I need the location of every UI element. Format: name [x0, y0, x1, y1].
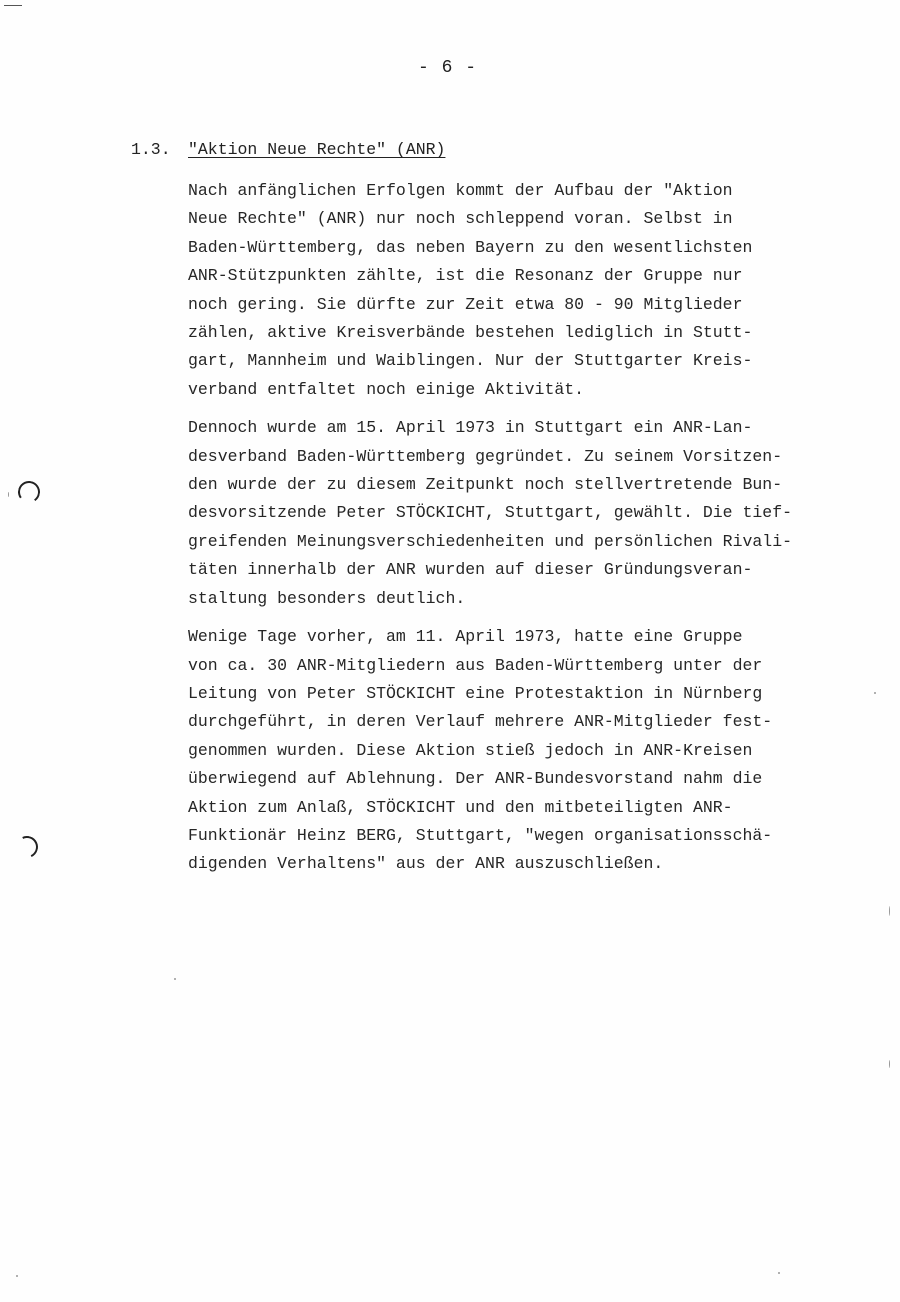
- scan-speck: [778, 1272, 780, 1274]
- text-line: Dennoch wurde am 15. April 1973 in Stutt…: [188, 414, 878, 442]
- scan-speck: [889, 906, 890, 916]
- text-line: durchgeführt, in deren Verlauf mehrere A…: [188, 708, 878, 736]
- text-line: digenden Verhaltens" aus der ANR auszusc…: [188, 850, 878, 878]
- text-line: desverband Baden-Württemberg gegründet. …: [188, 443, 878, 471]
- text-line: von ca. 30 ANR-Mitgliedern aus Baden-Wür…: [188, 652, 878, 680]
- scan-speck: [889, 1060, 890, 1068]
- text-line: Baden-Württemberg, das neben Bayern zu d…: [188, 234, 878, 262]
- text-line: Aktion zum Anlaß, STÖCKICHT und den mitb…: [188, 794, 878, 822]
- body-text: Nach anfänglichen Erfolgen kommt der Auf…: [188, 177, 878, 889]
- text-line: überwiegend auf Ablehnung. Der ANR-Bunde…: [188, 765, 878, 793]
- text-line: Nach anfänglichen Erfolgen kommt der Auf…: [188, 177, 878, 205]
- section-heading: 1.3."Aktion Neue Rechte" (ANR): [131, 140, 445, 159]
- text-line: Wenige Tage vorher, am 11. April 1973, h…: [188, 623, 878, 651]
- scan-speck: [874, 692, 876, 694]
- text-line: greifenden Meinungsverschiedenheiten und…: [188, 528, 878, 556]
- punch-hole-icon: [16, 479, 41, 504]
- scan-corner-mark: [4, 5, 22, 6]
- page-number: - 6 -: [418, 58, 477, 78]
- text-line: ANR-Stützpunkten zählte, ist die Resonan…: [188, 262, 878, 290]
- paragraph-3: Wenige Tage vorher, am 11. April 1973, h…: [188, 623, 878, 879]
- text-line: gart, Mannheim und Waiblingen. Nur der S…: [188, 347, 878, 375]
- punch-hole-icon: [13, 833, 41, 861]
- paragraph-1: Nach anfänglichen Erfolgen kommt der Auf…: [188, 177, 878, 404]
- section-title: "Aktion Neue Rechte" (ANR): [188, 140, 445, 159]
- text-line: staltung besonders deutlich.: [188, 585, 878, 613]
- paragraph-2: Dennoch wurde am 15. April 1973 in Stutt…: [188, 414, 878, 613]
- text-line: zählen, aktive Kreisverbände bestehen le…: [188, 319, 878, 347]
- document-page: - 6 - 1.3."Aktion Neue Rechte" (ANR) Nac…: [0, 0, 900, 1302]
- text-line: noch gering. Sie dürfte zur Zeit etwa 80…: [188, 291, 878, 319]
- section-number: 1.3.: [131, 140, 188, 159]
- scan-speck: [174, 978, 176, 980]
- scan-speck: [16, 1275, 18, 1277]
- text-line: genommen wurden. Diese Aktion stieß jedo…: [188, 737, 878, 765]
- scan-speck: [8, 492, 9, 497]
- text-line: Funktionär Heinz BERG, Stuttgart, "wegen…: [188, 822, 878, 850]
- text-line: täten innerhalb der ANR wurden auf diese…: [188, 556, 878, 584]
- text-line: verband entfaltet noch einige Aktivität.: [188, 376, 878, 404]
- text-line: desvorsitzende Peter STÖCKICHT, Stuttgar…: [188, 499, 878, 527]
- text-line: Leitung von Peter STÖCKICHT eine Protest…: [188, 680, 878, 708]
- text-line: den wurde der zu diesem Zeitpunkt noch s…: [188, 471, 878, 499]
- text-line: Neue Rechte" (ANR) nur noch schleppend v…: [188, 205, 878, 233]
